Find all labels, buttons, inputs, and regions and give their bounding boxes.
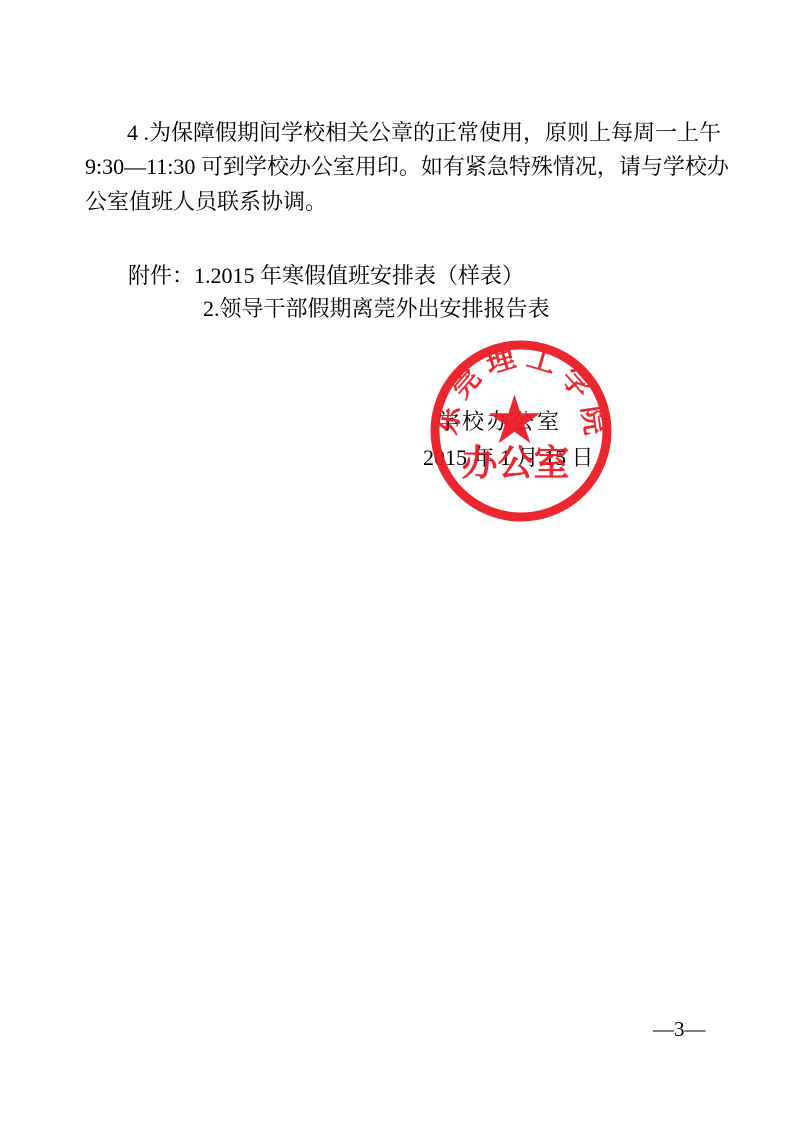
paragraph-line-1: 4 .为保障假期间学校相关公章的正常使用，原则上每周一上午 bbox=[127, 120, 721, 146]
official-seal: 东 莞 理 工 学 院 办公室 bbox=[426, 336, 616, 526]
seal-office-label: 办公室 bbox=[461, 443, 569, 483]
seal-star-icon bbox=[489, 395, 540, 444]
attachment-line-2: 2.领导干部假期离莞外出安排报告表 bbox=[203, 296, 550, 322]
seal-arc-char-2: 莞 bbox=[444, 361, 488, 405]
paragraph-line-2: 9:30—11:30 可到学校办公室用印。如有紧急特殊情况，请与学校办 bbox=[85, 154, 729, 180]
paragraph-line-3: 公室值班人员联系协调。 bbox=[85, 189, 327, 215]
page-number: —3— bbox=[653, 1016, 706, 1042]
seal-arc-char-5: 学 bbox=[555, 361, 599, 405]
attachment-line-1: 附件：1.2015 年寒假值班安排表（样表） bbox=[128, 263, 524, 289]
seal-arc-char-1: 东 bbox=[430, 403, 467, 437]
document-page: 4 .为保障假期间学校相关公章的正常使用，原则上每周一上午 9:30—11:30… bbox=[0, 0, 793, 1122]
seal-arc-char-6: 院 bbox=[575, 403, 612, 437]
